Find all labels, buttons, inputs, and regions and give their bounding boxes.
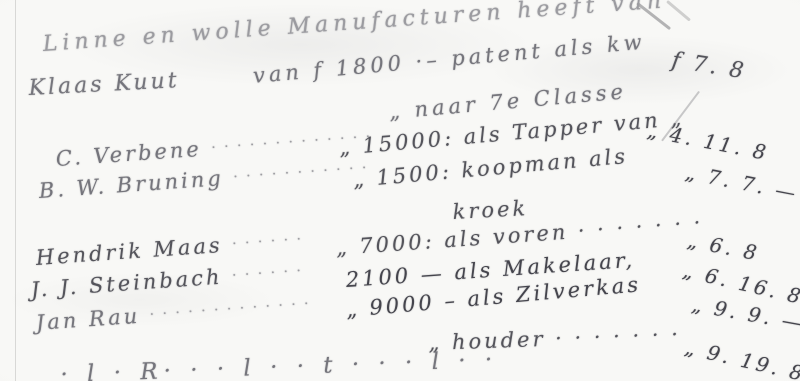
entry-amount: „ 4. 11. 8 [645,118,770,165]
entry-name-text: Hendrik Maas [35,233,223,270]
header-amount: f 7. 8 [670,48,748,84]
handwriting-layer: Linne en wolle Manufacturen heeft van Kl… [0,0,800,381]
entry-value-continued: kroek [452,196,529,224]
entry-amount: „ 7. 7. — [683,160,800,205]
entry-name-text: B. W. Bruning [38,166,224,203]
header-detail: van f 1800 ·– patent als kw [252,30,646,88]
leader-dots: · · · · · · · · · · · · · [149,296,311,323]
leader-dots: · · · · · · [232,231,304,252]
entry-name-text: Jan Rau [35,304,141,335]
leader-dots: · · · · · · · · · · · [233,160,369,185]
entry-name-text: J. J. Steinbach [30,265,223,302]
scanned-page: Linne en wolle Manufacturen heeft van Kl… [0,0,800,381]
entry-amount-continued: „ 9. 19. 8 [683,335,800,381]
leader-dots: · · · · · · [232,263,304,284]
cutoff-line-fragment: · l · R· · · l · · t · · · l · · [60,347,499,381]
entry-name-text: C. Verbene [55,137,203,171]
header-name: Klaas Kuut [28,68,180,101]
